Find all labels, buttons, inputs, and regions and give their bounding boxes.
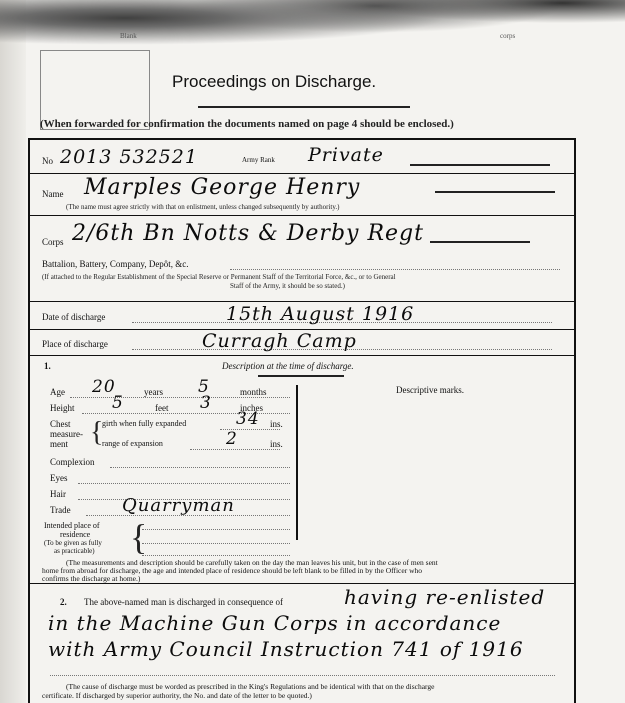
cause-line bbox=[50, 675, 555, 676]
residence-brace: { bbox=[130, 519, 147, 555]
chest-label-1: Chest bbox=[50, 419, 71, 429]
rank-line bbox=[410, 164, 550, 166]
name-value: Marples George Henry bbox=[84, 175, 360, 200]
section1-heading: Description at the time of discharge. bbox=[222, 361, 354, 371]
range-unit: ins. bbox=[270, 439, 283, 449]
corps-label: Corps bbox=[42, 237, 64, 247]
name-note: (The name must agree strictly with that … bbox=[66, 203, 339, 211]
complexion-line bbox=[110, 467, 290, 468]
date-of-discharge-row: Date of discharge 15th August 1916 bbox=[30, 301, 574, 330]
residence-label-2: residence bbox=[60, 530, 90, 539]
cause-of-discharge-section: 2. The above-named man is discharged in … bbox=[30, 583, 574, 703]
description-section: 1. Description at the time of discharge.… bbox=[30, 355, 574, 584]
years-label: years bbox=[144, 387, 163, 397]
scan-edge bbox=[0, 0, 26, 703]
subtitle: (When forwarded for confirmation the doc… bbox=[40, 118, 454, 130]
corps-value: 2/6th Bn Notts & Derby Regt bbox=[72, 221, 424, 246]
title-underline bbox=[198, 106, 410, 108]
corps-note-1: (If attached to the Regular Establishmen… bbox=[42, 273, 396, 281]
battalion-line bbox=[230, 269, 560, 270]
number-label: No bbox=[42, 156, 53, 166]
date-value: 15th August 1916 bbox=[226, 303, 414, 325]
range-value: 2 bbox=[226, 429, 238, 449]
place-label: Place of discharge bbox=[42, 339, 108, 349]
corner-text: Blank bbox=[120, 32, 137, 40]
section2-label: The above-named man is discharged in con… bbox=[84, 597, 283, 607]
girth-label: girth when fully expanded bbox=[102, 419, 186, 428]
heading-underline bbox=[258, 375, 344, 377]
corps-note-2: Staff of the Army, it should be so state… bbox=[230, 282, 345, 290]
feet-label: feet bbox=[155, 403, 169, 413]
range-line bbox=[190, 449, 280, 450]
cause-line-2: in the Machine Gun Corps in accordance bbox=[48, 611, 501, 635]
place-value: Curragh Camp bbox=[202, 330, 357, 352]
section2-number: 2. bbox=[60, 597, 67, 607]
column-divider bbox=[296, 385, 298, 540]
corps-line bbox=[430, 241, 530, 243]
name-line bbox=[435, 191, 555, 193]
chest-label-3: ment bbox=[50, 439, 68, 449]
height-label: Height bbox=[50, 403, 75, 413]
age-label: Age bbox=[50, 387, 65, 397]
height-feet: 5 bbox=[112, 393, 124, 413]
chest-label-2: measure- bbox=[50, 429, 83, 439]
page-title: Proceedings on Discharge. bbox=[172, 72, 376, 92]
name-label: Name bbox=[42, 189, 64, 199]
cause-line-3: with Army Council Instruction 741 of 191… bbox=[48, 637, 524, 661]
army-rank-value: Private bbox=[308, 144, 384, 166]
eyes-line bbox=[78, 483, 290, 484]
height-inches: 3 bbox=[200, 393, 212, 413]
army-rank-label: Army Rank bbox=[242, 156, 275, 164]
residence-line-1 bbox=[142, 529, 290, 530]
girth-unit: ins. bbox=[270, 419, 283, 429]
number-rank-row: No 2013 532521 Army Rank Private bbox=[30, 140, 574, 174]
girth-value: 34 bbox=[236, 409, 260, 429]
trade-value: Quarryman bbox=[122, 495, 235, 516]
name-row: Name Marples George Henry (The name must… bbox=[30, 173, 574, 216]
cause-note-2: certificate. If discharged by superior a… bbox=[42, 691, 312, 700]
top-right-text: corps bbox=[500, 32, 515, 40]
residence-line-3 bbox=[142, 555, 290, 556]
section1-number: 1. bbox=[44, 361, 51, 371]
corps-row: Corps 2/6th Bn Notts & Derby Regt Battal… bbox=[30, 215, 574, 302]
months-label: months bbox=[240, 387, 267, 397]
hair-label: Hair bbox=[50, 489, 66, 499]
residence-label-4: as practicable) bbox=[54, 547, 95, 555]
descriptive-marks-label: Descriptive marks. bbox=[396, 385, 464, 395]
residence-label-3: (To be given as fully bbox=[44, 539, 102, 547]
battalion-label: Battalion, Battery, Company, Depôt, &c. bbox=[42, 259, 189, 269]
cause-note-1: (The cause of discharge must be worded a… bbox=[66, 682, 434, 691]
trade-label: Trade bbox=[50, 505, 71, 515]
range-label: range of expansion bbox=[102, 439, 163, 448]
discharge-form: No 2013 532521 Army Rank Private Name Ma… bbox=[28, 138, 576, 703]
measurement-note-3: confirms the discharge at home.) bbox=[42, 574, 140, 583]
cause-line-1: having re-enlisted bbox=[344, 585, 545, 609]
residence-label-1: Intended place of bbox=[44, 521, 100, 530]
date-label: Date of discharge bbox=[42, 312, 105, 322]
complexion-label: Complexion bbox=[50, 457, 95, 467]
number-value: 2013 532521 bbox=[60, 146, 198, 168]
eyes-label: Eyes bbox=[50, 473, 68, 483]
age-line bbox=[70, 397, 290, 398]
residence-line-2 bbox=[142, 543, 290, 544]
place-of-discharge-row: Place of discharge Curragh Camp bbox=[30, 329, 574, 356]
